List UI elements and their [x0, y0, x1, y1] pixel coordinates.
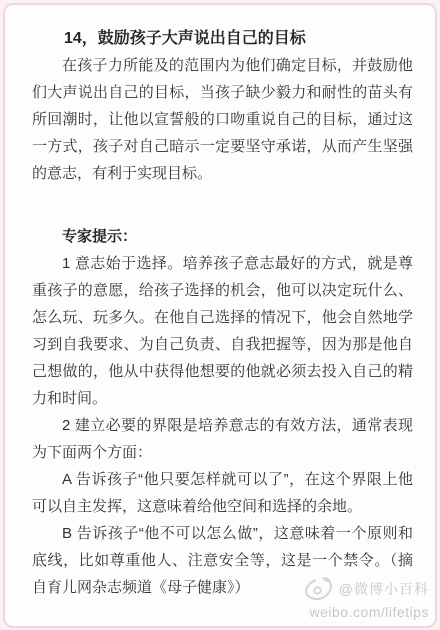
tip-paragraph-a: A 告诉孩子“他只要怎样就可以了”，在这个界限上他可以自主发挥，这意味着给他空间…	[32, 466, 413, 520]
weibo-logo-icon	[303, 576, 333, 602]
intro-paragraph: 在孩子力所能及的范围内为他们确定目标，并鼓励他们大声说出自己的目标，当孩子缺少毅…	[32, 52, 413, 187]
article-card: 14，鼓励孩子大声说出自己的目标 在孩子力所能及的范围内为他们确定目标，并鼓励他…	[3, 3, 437, 628]
expert-tips-label: 专家提示：	[32, 223, 413, 250]
watermark-account: @微博小百科	[339, 579, 429, 599]
tip-paragraph-2: 2 建立必要的界限是培养意志的有效方法，通常表现为下面两个方面：	[32, 412, 413, 466]
watermark: @微博小百科 weibo.com/lifetips	[303, 576, 429, 620]
watermark-url: weibo.com/lifetips	[303, 604, 429, 620]
article-title: 14，鼓励孩子大声说出自己的目标	[32, 25, 413, 52]
tip-paragraph-1: 1 意志始于选择。培养孩子意志最好的方式，就是尊重孩子的意愿，给孩子选择的机会，…	[32, 250, 413, 412]
